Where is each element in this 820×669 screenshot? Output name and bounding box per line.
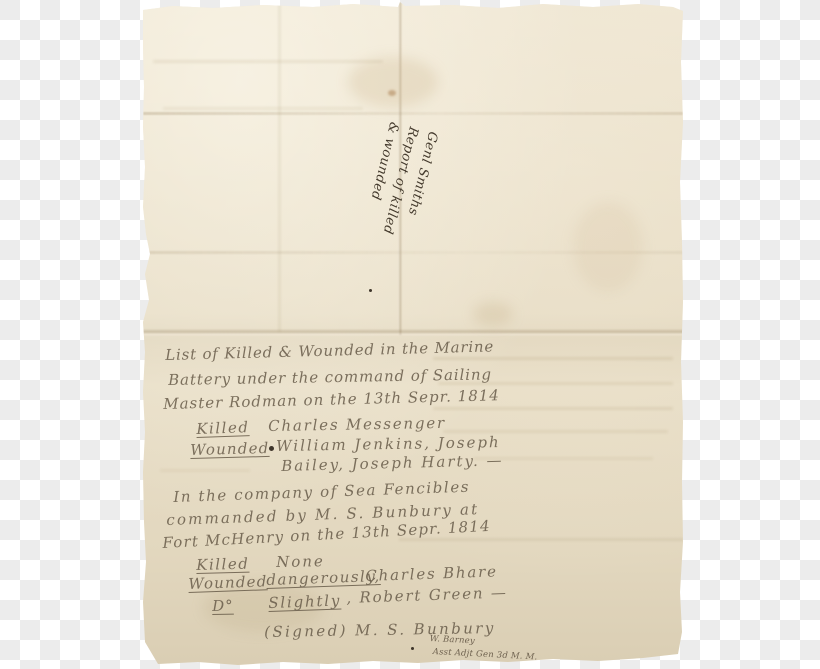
- marine-heading-line-3: Master Rodman on the 13th Sepr. 1814: [163, 386, 500, 413]
- marine-wounded-names-line-2: Bailey, Joseph Harty. —: [281, 451, 504, 475]
- clerk-annotation-line-2: Asst Adjt Gen 3d M. M.: [432, 647, 537, 662]
- paper-sheet: Genl Smiths Report of killed & wounded L…: [143, 2, 683, 665]
- ink-speck: [269, 446, 274, 451]
- fold-crease-main: [143, 329, 683, 336]
- document-scan: Genl Smiths Report of killed & wounded L…: [0, 0, 820, 669]
- fold-crease-upper: [143, 112, 683, 115]
- fencibles-wounded-label: Wounded: [188, 572, 268, 593]
- fencibles-killed-label: Killed: [196, 555, 250, 574]
- stain: [473, 302, 513, 326]
- docket-note: Genl Smiths Report of killed & wounded: [350, 119, 442, 269]
- bleedthrough-line: [433, 407, 673, 410]
- fold-crease-vertical-faint: [278, 2, 281, 332]
- clerk-annotation-line-1: W. Barney: [429, 634, 475, 646]
- marine-killed-label: Killed: [196, 418, 250, 438]
- bleedthrough-line: [163, 107, 363, 110]
- fencibles-ditto-label: D°: [212, 597, 234, 615]
- stain: [348, 57, 438, 107]
- rust-spot: [388, 90, 396, 96]
- ink-speck: [411, 647, 414, 650]
- fencibles-ditto-name: , Robert Green —: [346, 583, 508, 607]
- fencibles-killed-value: None: [276, 552, 325, 571]
- marine-heading-line-2: Battery under the command of Sailing: [168, 365, 492, 389]
- bleedthrough-line: [160, 469, 250, 472]
- ink-speck: [369, 289, 372, 292]
- fencibles-ditto-qualifier: Slightly: [268, 591, 341, 612]
- bleedthrough-line: [433, 357, 673, 360]
- stain: [573, 202, 643, 292]
- marine-killed-names: Charles Messenger: [268, 414, 446, 435]
- fold-crease-lower: [399, 538, 683, 541]
- marine-heading-line-1: List of Killed & Wounded in the Marine: [165, 337, 494, 364]
- bleedthrough-line: [153, 60, 383, 63]
- fencibles-wounded-qualifier: dangerously,: [266, 567, 381, 589]
- fold-crease-middle: [143, 251, 683, 254]
- fencibles-wounded-name: Charles Bhare: [365, 562, 498, 585]
- marine-wounded-label: Wounded: [190, 439, 270, 459]
